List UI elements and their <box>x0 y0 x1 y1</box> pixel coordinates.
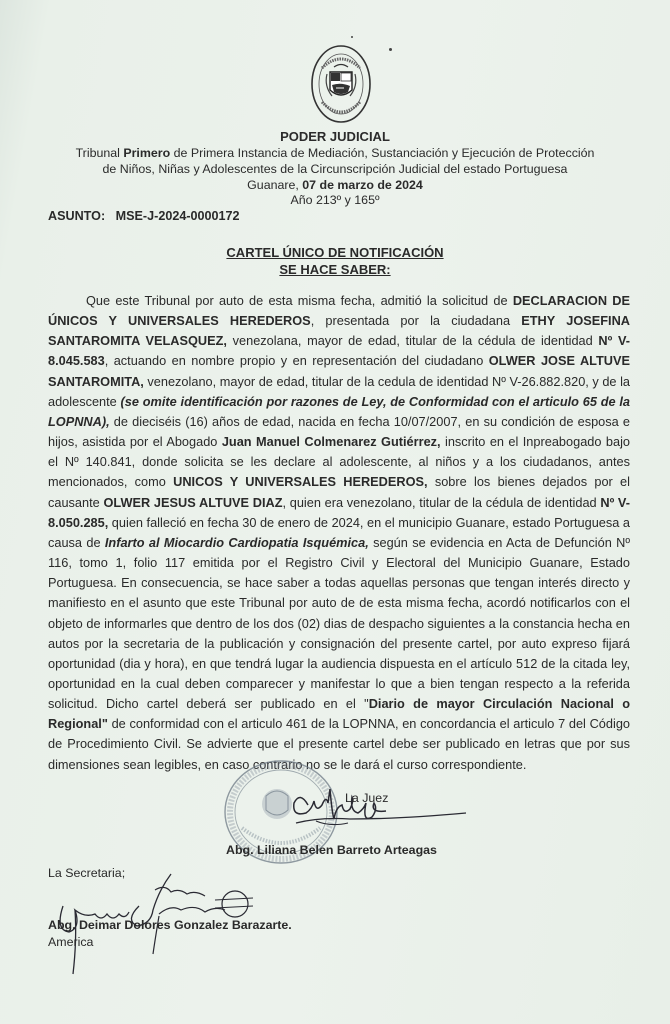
court-seal-icon <box>310 44 372 124</box>
header-jurisdiction-line: de Niños, Niñas y Adolescentes de la Cir… <box>0 162 670 178</box>
body-segment: , actuando en nombre propio y en represe… <box>105 353 489 368</box>
cartel-heading: CARTEL ÚNICO DE NOTIFICACIÓN SE HACE SAB… <box>0 244 670 278</box>
speck-mark <box>351 36 353 38</box>
header-date-line: Guanare, 07 de marzo de 2024 <box>0 178 670 194</box>
body-segment: Infarto al Miocardio Cardiopatia Isquémi… <box>105 535 369 550</box>
header-tribunal-line: Tribunal Primero de Primera Instancia de… <box>0 146 670 162</box>
body-segment: OLWER JESUS ALTUVE DIAZ <box>103 495 282 510</box>
asunto-line: ASUNTO: MSE-J-2024-0000172 <box>48 209 240 223</box>
cartel-subtitle: SE HACE SABER: <box>279 262 390 277</box>
secretary-note: America <box>48 935 93 949</box>
asunto-value: MSE-J-2024-0000172 <box>116 209 240 223</box>
body-segment: según se evidencia en Acta de Defunción … <box>48 535 630 711</box>
header-tribunal-bold: Primero <box>123 146 170 160</box>
secretary-name: Abg. Deimar Dolores Gonzalez Barazarte. <box>48 918 292 932</box>
cartel-title: CARTEL ÚNICO DE NOTIFICACIÓN <box>226 245 443 260</box>
notice-body-paragraph: Que este Tribunal por auto de esta misma… <box>48 291 630 775</box>
speck-mark <box>389 48 392 51</box>
judge-name: Abg. Liliana Belen Barreto Arteagas <box>226 843 437 857</box>
body-segment: , quien era venezolano, titular de la cé… <box>283 495 601 510</box>
header-title: PODER JUDICIAL <box>0 129 670 145</box>
body-segment: , presentada por la ciudadana <box>311 313 522 328</box>
body-segment: Juan Manuel Colmenarez Gutiérrez, <box>222 434 441 449</box>
asunto-label: ASUNTO: <box>48 209 105 223</box>
judge-label: La Juez <box>345 791 388 805</box>
body-segment: Que este Tribunal por auto de esta misma… <box>86 293 513 308</box>
body-segment: venezolana, mayor de edad, titular de la… <box>227 333 598 348</box>
body-segment: UNICOS Y UNIVERSALES HEREDEROS, <box>173 474 427 489</box>
header-date: 07 de marzo de 2024 <box>302 178 423 192</box>
header-year-line: Año 213º y 165º <box>0 193 670 209</box>
